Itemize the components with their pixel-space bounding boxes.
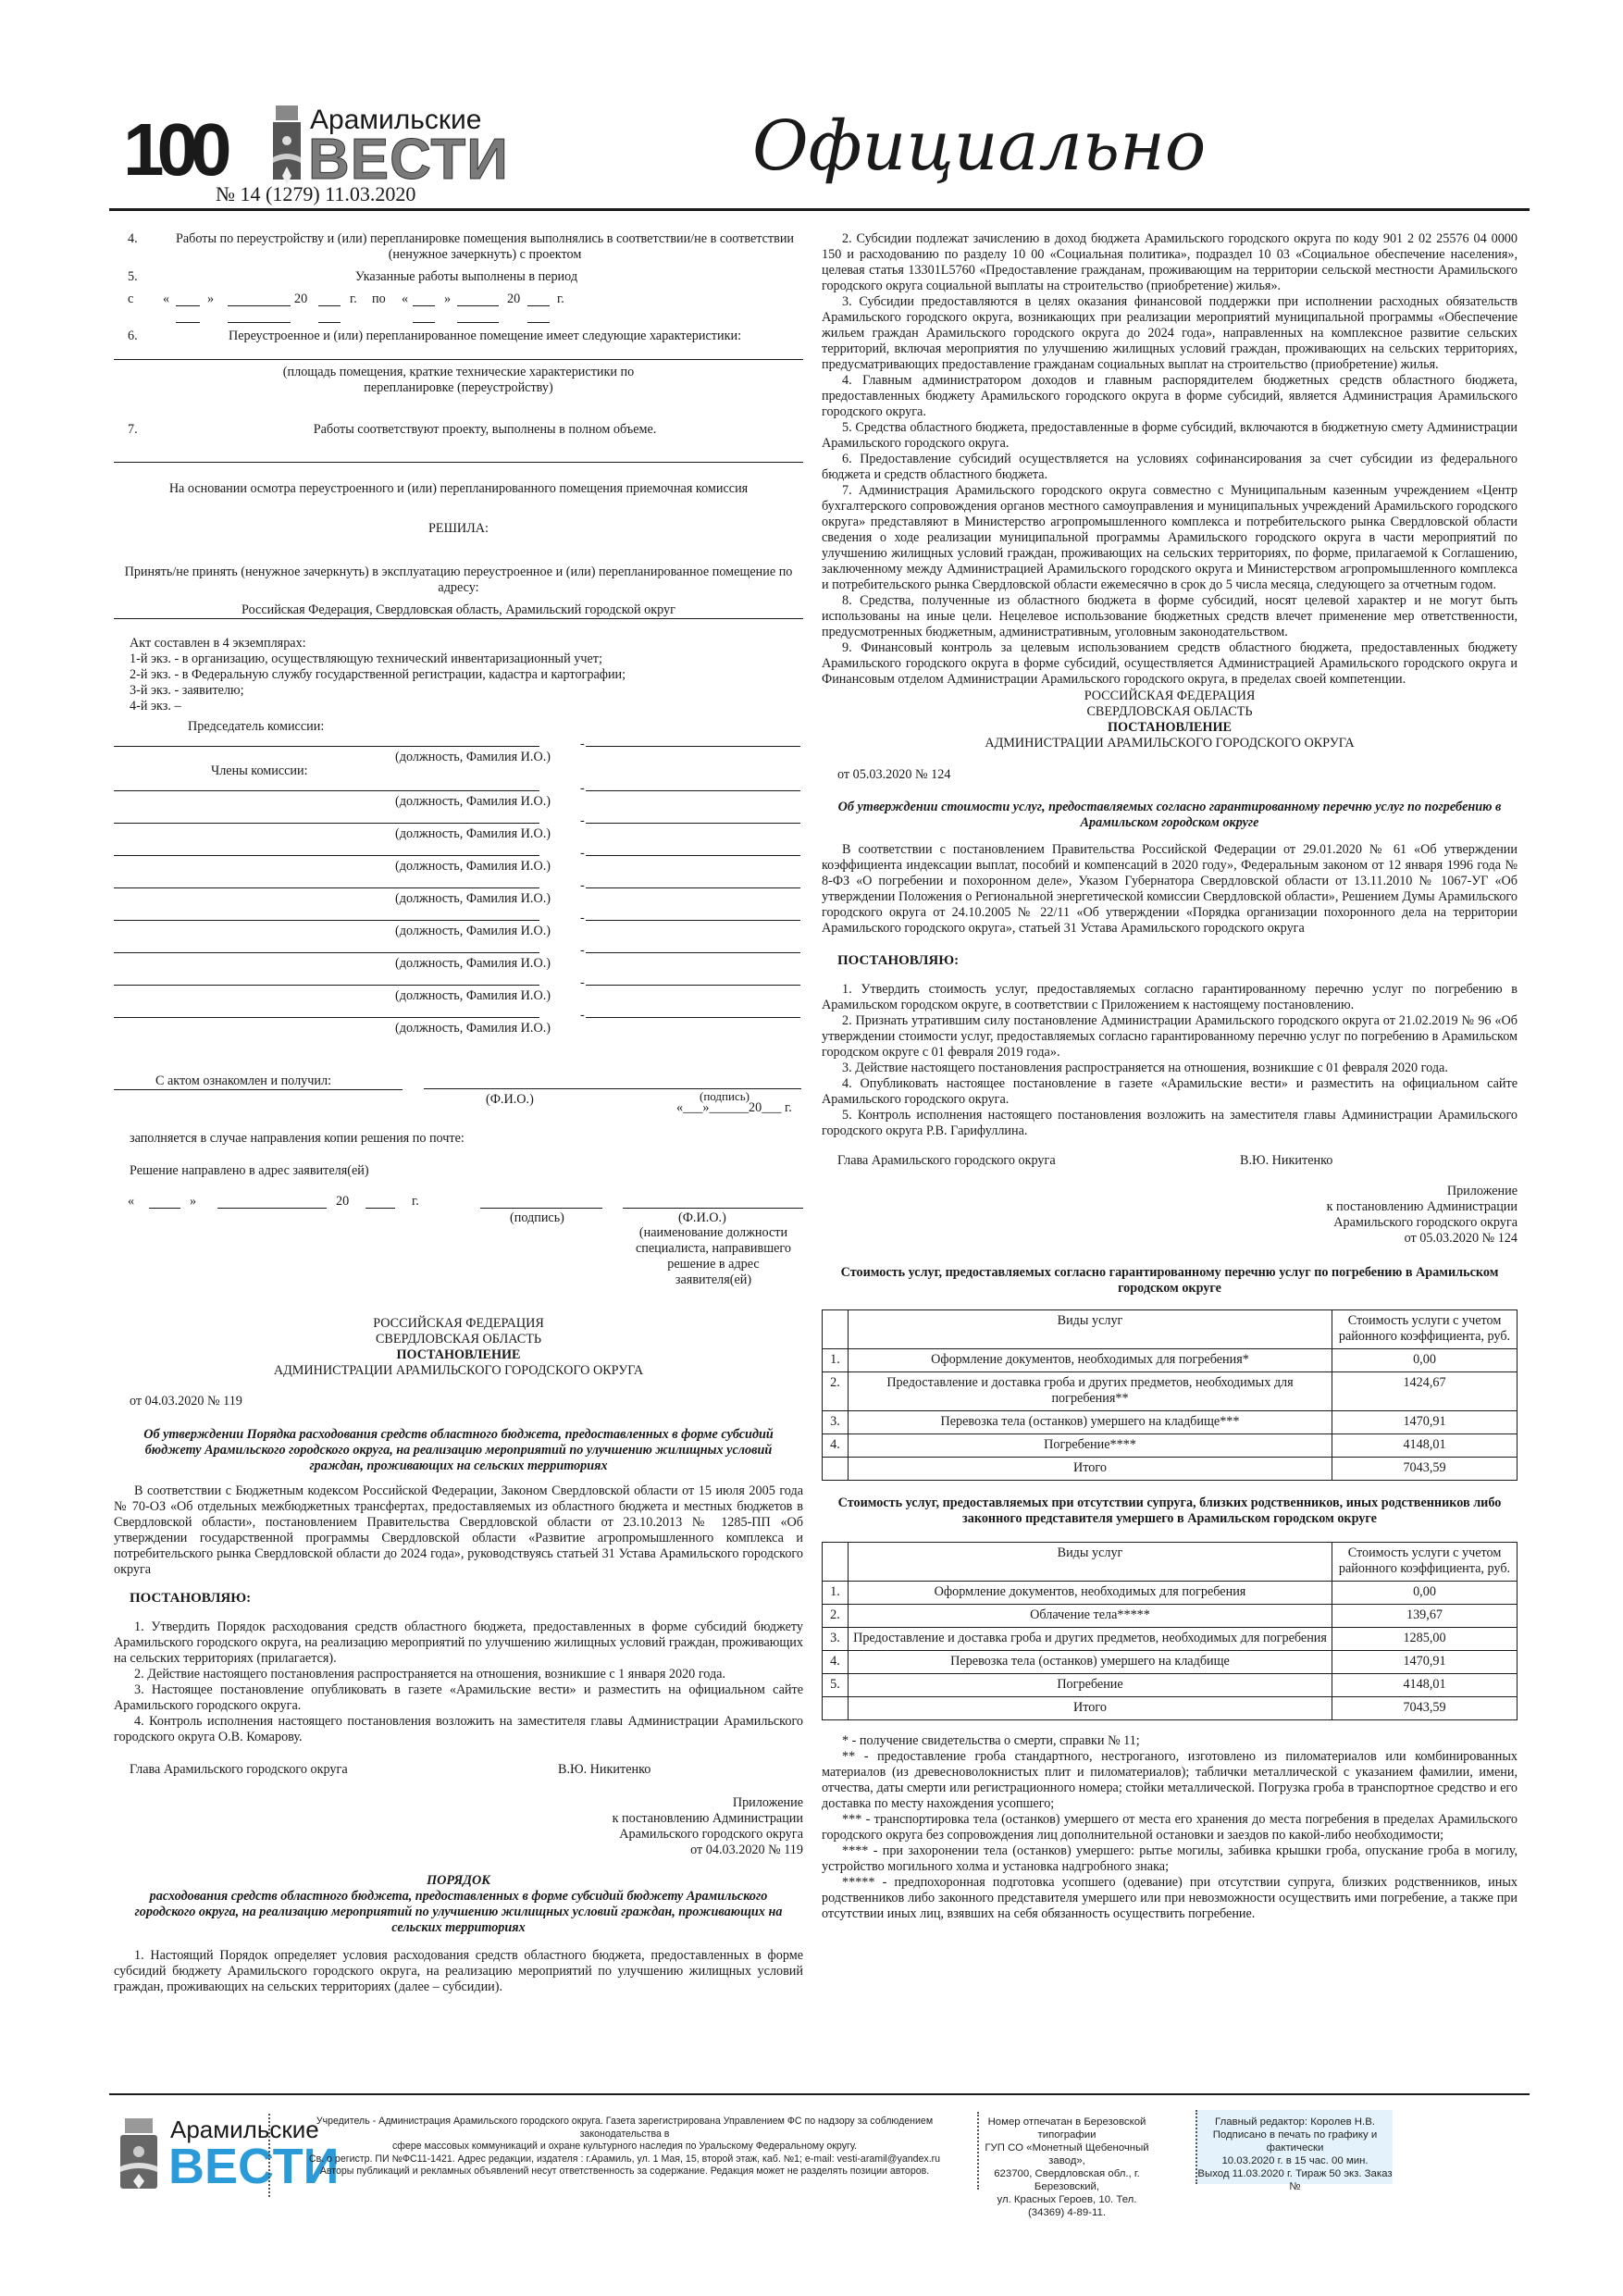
resolution-124-preamble: В соответствии с постановлением Правител… <box>822 842 1518 937</box>
order-points-continued: 2. Субсидии подлежат зачислению в доход … <box>822 231 1518 688</box>
to-month-field[interactable] <box>457 293 499 306</box>
sent-date-row: « » 20 г. (подпись) (Ф.И.О.) (наименован… <box>114 1194 803 1309</box>
member-name-field[interactable] <box>114 790 539 791</box>
table1-title: Стоимость услуг, предоставляемых согласн… <box>822 1265 1518 1297</box>
services-table-2: Виды услугСтоимость услуги с учетом райо… <box>822 1542 1518 1720</box>
from-year-field[interactable] <box>318 293 341 306</box>
table-row: Итого7043,59 <box>823 1458 1518 1481</box>
order-point-1: 1. Настоящий Порядок определяет условия … <box>114 1948 803 1995</box>
table-row: 2.Облачение тела*****139,67 <box>823 1605 1518 1628</box>
table-row: 4.Перевозка тела (останков) умершего на … <box>823 1651 1518 1674</box>
sent-month-field[interactable] <box>217 1196 327 1209</box>
member-signature-field[interactable] <box>586 952 800 953</box>
member-signature-field[interactable] <box>586 985 800 986</box>
resolution-124-signature: Глава Арамильского городского округа В.Ю… <box>822 1153 1518 1170</box>
to-year-field[interactable] <box>527 293 550 306</box>
from-day-field[interactable] <box>176 293 200 306</box>
resolution-124-date: от 05.03.2020 № 124 <box>837 767 1518 783</box>
sent-fio-field[interactable] <box>623 1196 803 1209</box>
left-column: 4. Работы по переустройству и (или) пере… <box>114 231 803 1995</box>
printing-info: Номер отпечатан в Березовской типографии… <box>977 2112 1155 2190</box>
order-title: ПОРЯДОК <box>114 1873 803 1889</box>
sent-year-field[interactable] <box>365 1196 395 1209</box>
member-signature-field[interactable] <box>586 855 800 856</box>
sent-day-field[interactable] <box>149 1196 180 1209</box>
table-row: 2.Предоставление и доставка гроба и друг… <box>823 1372 1518 1411</box>
to-day-field[interactable] <box>413 293 435 306</box>
resolution-124-points: 1. Утвердить стоимость услуг, предоставл… <box>822 982 1518 1139</box>
table-row: 1.Оформление документов, необходимых для… <box>823 1349 1518 1372</box>
resolution-124-decree: ПОСТАНОВЛЯЮ: <box>837 953 1518 969</box>
resolution-119-appendix: Приложение к постановлению Администрации… <box>114 1795 803 1858</box>
masthead: 100 Арамильские ВЕСТИ № 14 (1279) 11.03.… <box>114 100 1530 209</box>
table-row: 4.Погребение****4148,01 <box>823 1434 1518 1458</box>
resolution-119-date: от 04.03.2020 № 119 <box>130 1394 803 1409</box>
table-header-row: Виды услугСтоимость услуги с учетом райо… <box>823 1310 1518 1349</box>
sent-to: Решение направлено в адрес заявителя(ей) <box>130 1163 803 1179</box>
member-signature-row: -(должность, Фамилия И.О.) <box>114 876 803 909</box>
resolution-119-header: РОССИЙСКАЯ ФЕДЕРАЦИЯ СВЕРДЛОВСКАЯ ОБЛАСТ… <box>114 1316 803 1379</box>
member-signature-field[interactable] <box>586 790 800 791</box>
services-table-1: Виды услугСтоимость услуги с учетом райо… <box>822 1309 1518 1481</box>
period-fields: с « » 20 г. по « » 20 г. <box>128 292 803 329</box>
member-signature-field[interactable] <box>586 920 800 921</box>
member-name-field[interactable] <box>114 985 539 986</box>
coat-of-arms-icon <box>273 105 301 194</box>
issue-number: № 14 (1279) 11.03.2020 <box>216 183 415 205</box>
from-month-field[interactable] <box>228 293 291 306</box>
member-name-field[interactable] <box>114 952 539 953</box>
copies-list: Акт составлен в 4 экземплярах: 1-й экз. … <box>130 636 803 714</box>
accept-text: Принять/не принять (ненужное зачеркнуть)… <box>114 565 803 596</box>
editor-info: Главный редактор: Королев Н.В. Подписано… <box>1196 2110 1393 2184</box>
decided-heading: РЕШИЛА: <box>114 521 803 537</box>
table2-title: Стоимость услуг, предоставляемых при отс… <box>822 1496 1518 1527</box>
member-signature-field[interactable] <box>586 823 800 824</box>
acquaintance-row: С актом ознакомлен и получил: (Ф.И.О.) (… <box>114 1074 803 1123</box>
resolution-119-points: 1. Утвердить Порядок расходования средст… <box>114 1620 803 1745</box>
order-subtitle: расходования средств областного бюджета,… <box>114 1889 803 1936</box>
chairman-signature-field[interactable] <box>586 746 800 747</box>
address-field: Российская Федерация, Свердловская облас… <box>114 602 803 619</box>
right-column: 2. Субсидии подлежат зачислению в доход … <box>822 231 1518 1922</box>
header-divider <box>109 208 1530 211</box>
table-row: Итого7043,59 <box>823 1697 1518 1720</box>
member-name-field[interactable] <box>114 823 539 824</box>
act-item-7: 7. Работы соответствуют проекту, выполне… <box>128 422 803 438</box>
member-name-field[interactable] <box>114 887 539 888</box>
member-name-field[interactable] <box>114 855 539 856</box>
member-signature-row: -(должность, Фамилия И.О.) <box>114 844 803 876</box>
member-signature-row: -(должность, Фамилия И.О.) <box>114 941 803 974</box>
sent-signature-field[interactable] <box>480 1196 602 1209</box>
mail-note: заполняется в случае направления копии р… <box>130 1131 803 1147</box>
resolution-119-decree: ПОСТАНОВЛЯЮ: <box>130 1591 803 1607</box>
table-row: 3.Предоставление и доставка гроба и друг… <box>823 1628 1518 1651</box>
member-signature-field[interactable] <box>586 1017 800 1018</box>
member-signature-field[interactable] <box>586 887 800 888</box>
resolution-124-title: Об утверждении стоимости услуг, предоста… <box>822 800 1518 831</box>
members-signature-list: -(должность, Фамилия И.О.)-(должность, Ф… <box>114 779 803 1038</box>
table-row: 5.Погребение4148,01 <box>823 1674 1518 1697</box>
basis-text: На основании осмотра переустроенного и (… <box>114 481 803 497</box>
resolution-124-header: РОССИЙСКАЯ ФЕДЕРАЦИЯ СВЕРДЛОВСКАЯ ОБЛАСТ… <box>822 689 1518 751</box>
member-signature-row: -(должность, Фамилия И.О.) <box>114 812 803 844</box>
brand-name-bottom: ВЕСТИ <box>308 131 509 189</box>
resolution-119-title: Об утверждении Порядка расходования сред… <box>114 1427 803 1474</box>
resolution-119-preamble: В соответствии с Бюджетным кодексом Росс… <box>114 1483 803 1578</box>
chairman-label: Председатель комиссии: <box>188 719 803 735</box>
member-signature-row: -(должность, Фамилия И.О.) <box>114 974 803 1006</box>
chairman-signature-row: - (должность, Фамилия И.О.) <box>114 735 803 767</box>
section-title: Официально <box>752 100 1206 192</box>
coat-of-arms-icon <box>120 2118 157 2194</box>
resolution-119-signature: Глава Арамильского городского округа В.Ю… <box>114 1762 803 1779</box>
publisher-info: Учредитель - Администрация Арамильского … <box>268 2114 972 2197</box>
resolution-124-appendix: Приложение к постановлению Администрации… <box>822 1184 1518 1247</box>
act-item-4: 4. Работы по переустройству и (или) пере… <box>128 231 803 263</box>
member-signature-row: -(должность, Фамилия И.О.) <box>114 1006 803 1038</box>
characteristics-caption: (площадь помещения, краткие технические … <box>114 365 803 396</box>
member-name-field[interactable] <box>114 920 539 921</box>
act-item-5: 5. Указанные работы выполнены в период <box>128 269 803 285</box>
item7-field[interactable] <box>114 462 803 463</box>
footnotes: * - получение свидетельства о смерти, сп… <box>822 1733 1518 1922</box>
table-header-row: Виды услугСтоимость услуги с учетом райо… <box>823 1543 1518 1582</box>
member-signature-row: -(должность, Фамилия И.О.) <box>114 779 803 812</box>
footer-divider <box>109 2093 1530 2095</box>
table-row: 1.Оформление документов, необходимых для… <box>823 1582 1518 1605</box>
table-row: 3.Перевозка тела (останков) умершего на … <box>823 1411 1518 1434</box>
act-item-6: 6. Переустроенное и (или) перепланирован… <box>128 329 803 344</box>
chairman-name-field[interactable] <box>114 746 539 747</box>
characteristics-field[interactable] <box>114 359 803 360</box>
member-name-field[interactable] <box>114 1017 539 1018</box>
member-signature-row: -(должность, Фамилия И.О.) <box>114 909 803 941</box>
anniversary-number: 100 <box>123 113 224 187</box>
